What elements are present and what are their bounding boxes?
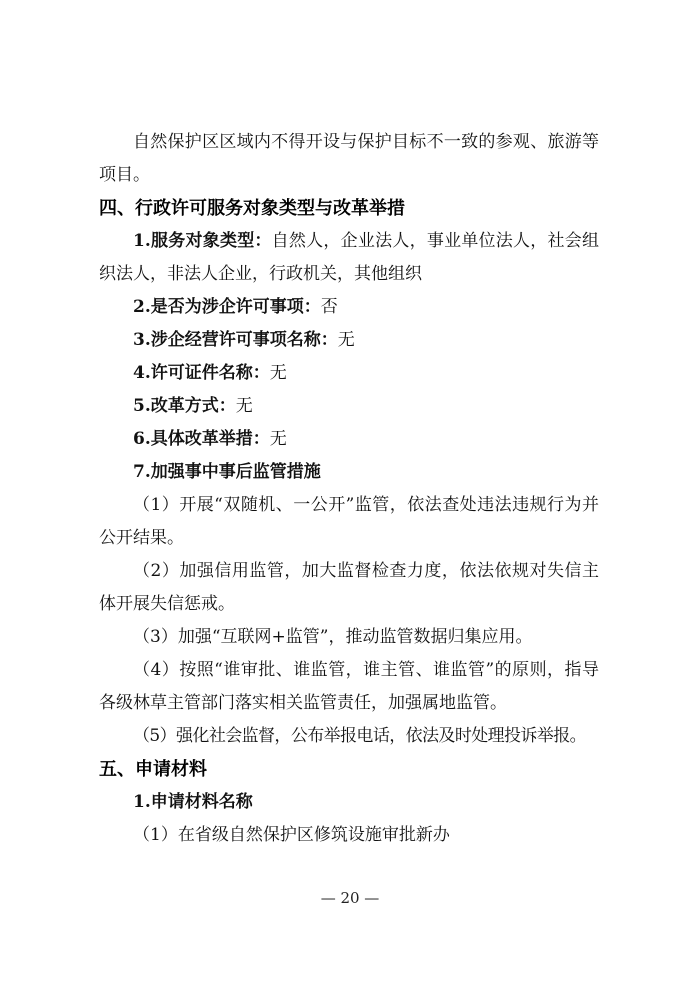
section5-subheading: 1.申请材料名称 (99, 786, 599, 819)
section4-item-7-label: 7.加强事中事后监管措施 (133, 462, 321, 482)
document-page: 自然保护区区域内不得开设与保护目标不一致的参观、旅游等项目。 四、行政许可服务对… (0, 0, 700, 989)
section4-item-5: 5.改革方式：无 (99, 390, 599, 423)
section4-heading: 四、行政许可服务对象类型与改革举措 (99, 192, 599, 225)
section4-item-6-label: 6.具体改革举措： (133, 429, 270, 449)
section5-item-1: （1）在省级自然保护区修筑设施审批新办 (99, 819, 599, 852)
section4-measure-1: （1）开展“双随机、一公开”监管，依法查处违法违规行为并公开结果。 (99, 489, 599, 555)
page-number: — 20 — (0, 889, 700, 907)
section4-measure-3: （3）加强“互联网+监管”，推动监管数据归集应用。 (99, 621, 599, 654)
section4-item-2-label: 2.是否为涉企许可事项： (133, 297, 321, 317)
section4-item-1: 1.服务对象类型：自然人，企业法人，事业单位法人，社会组织法人，非法人企业，行政… (99, 225, 599, 291)
section4-item-5-value: 无 (236, 396, 253, 416)
section4-item-3: 3.涉企经营许可事项名称：无 (99, 324, 599, 357)
section4-item-6-value: 无 (270, 429, 287, 449)
section4-measure-4: （4）按照“谁审批、谁监管，谁主管、谁监管”的原则，指导各级林草主管部门落实相关… (99, 654, 599, 720)
section4-item-2: 2.是否为涉企许可事项：否 (99, 291, 599, 324)
section4-item-3-label: 3.涉企经营许可事项名称： (133, 330, 338, 350)
section4-item-3-value: 无 (338, 330, 355, 350)
section4-measure-2: （2）加强信用监管，加大监督检查力度，依法依规对失信主体开展失信惩戒。 (99, 555, 599, 621)
section4-item-4-value: 无 (270, 363, 287, 383)
section4-item-7: 7.加强事中事后监管措施 (99, 456, 599, 489)
section4-item-1-label: 1.服务对象类型： (133, 231, 272, 251)
section4-item-4-label: 4.许可证件名称： (133, 363, 270, 383)
section4-measure-5: （5）强化社会监督，公布举报电话，依法及时处理投诉举报。 (99, 720, 599, 753)
section4-item-5-label: 5.改革方式： (133, 396, 236, 416)
document-body: 自然保护区区域内不得开设与保护目标不一致的参观、旅游等项目。 四、行政许可服务对… (99, 126, 599, 852)
section5-heading: 五、申请材料 (99, 753, 599, 786)
section4-item-2-value: 否 (321, 297, 338, 317)
section4-item-4: 4.许可证件名称：无 (99, 357, 599, 390)
section4-item-6: 6.具体改革举措：无 (99, 423, 599, 456)
intro-paragraph: 自然保护区区域内不得开设与保护目标不一致的参观、旅游等项目。 (99, 126, 599, 192)
